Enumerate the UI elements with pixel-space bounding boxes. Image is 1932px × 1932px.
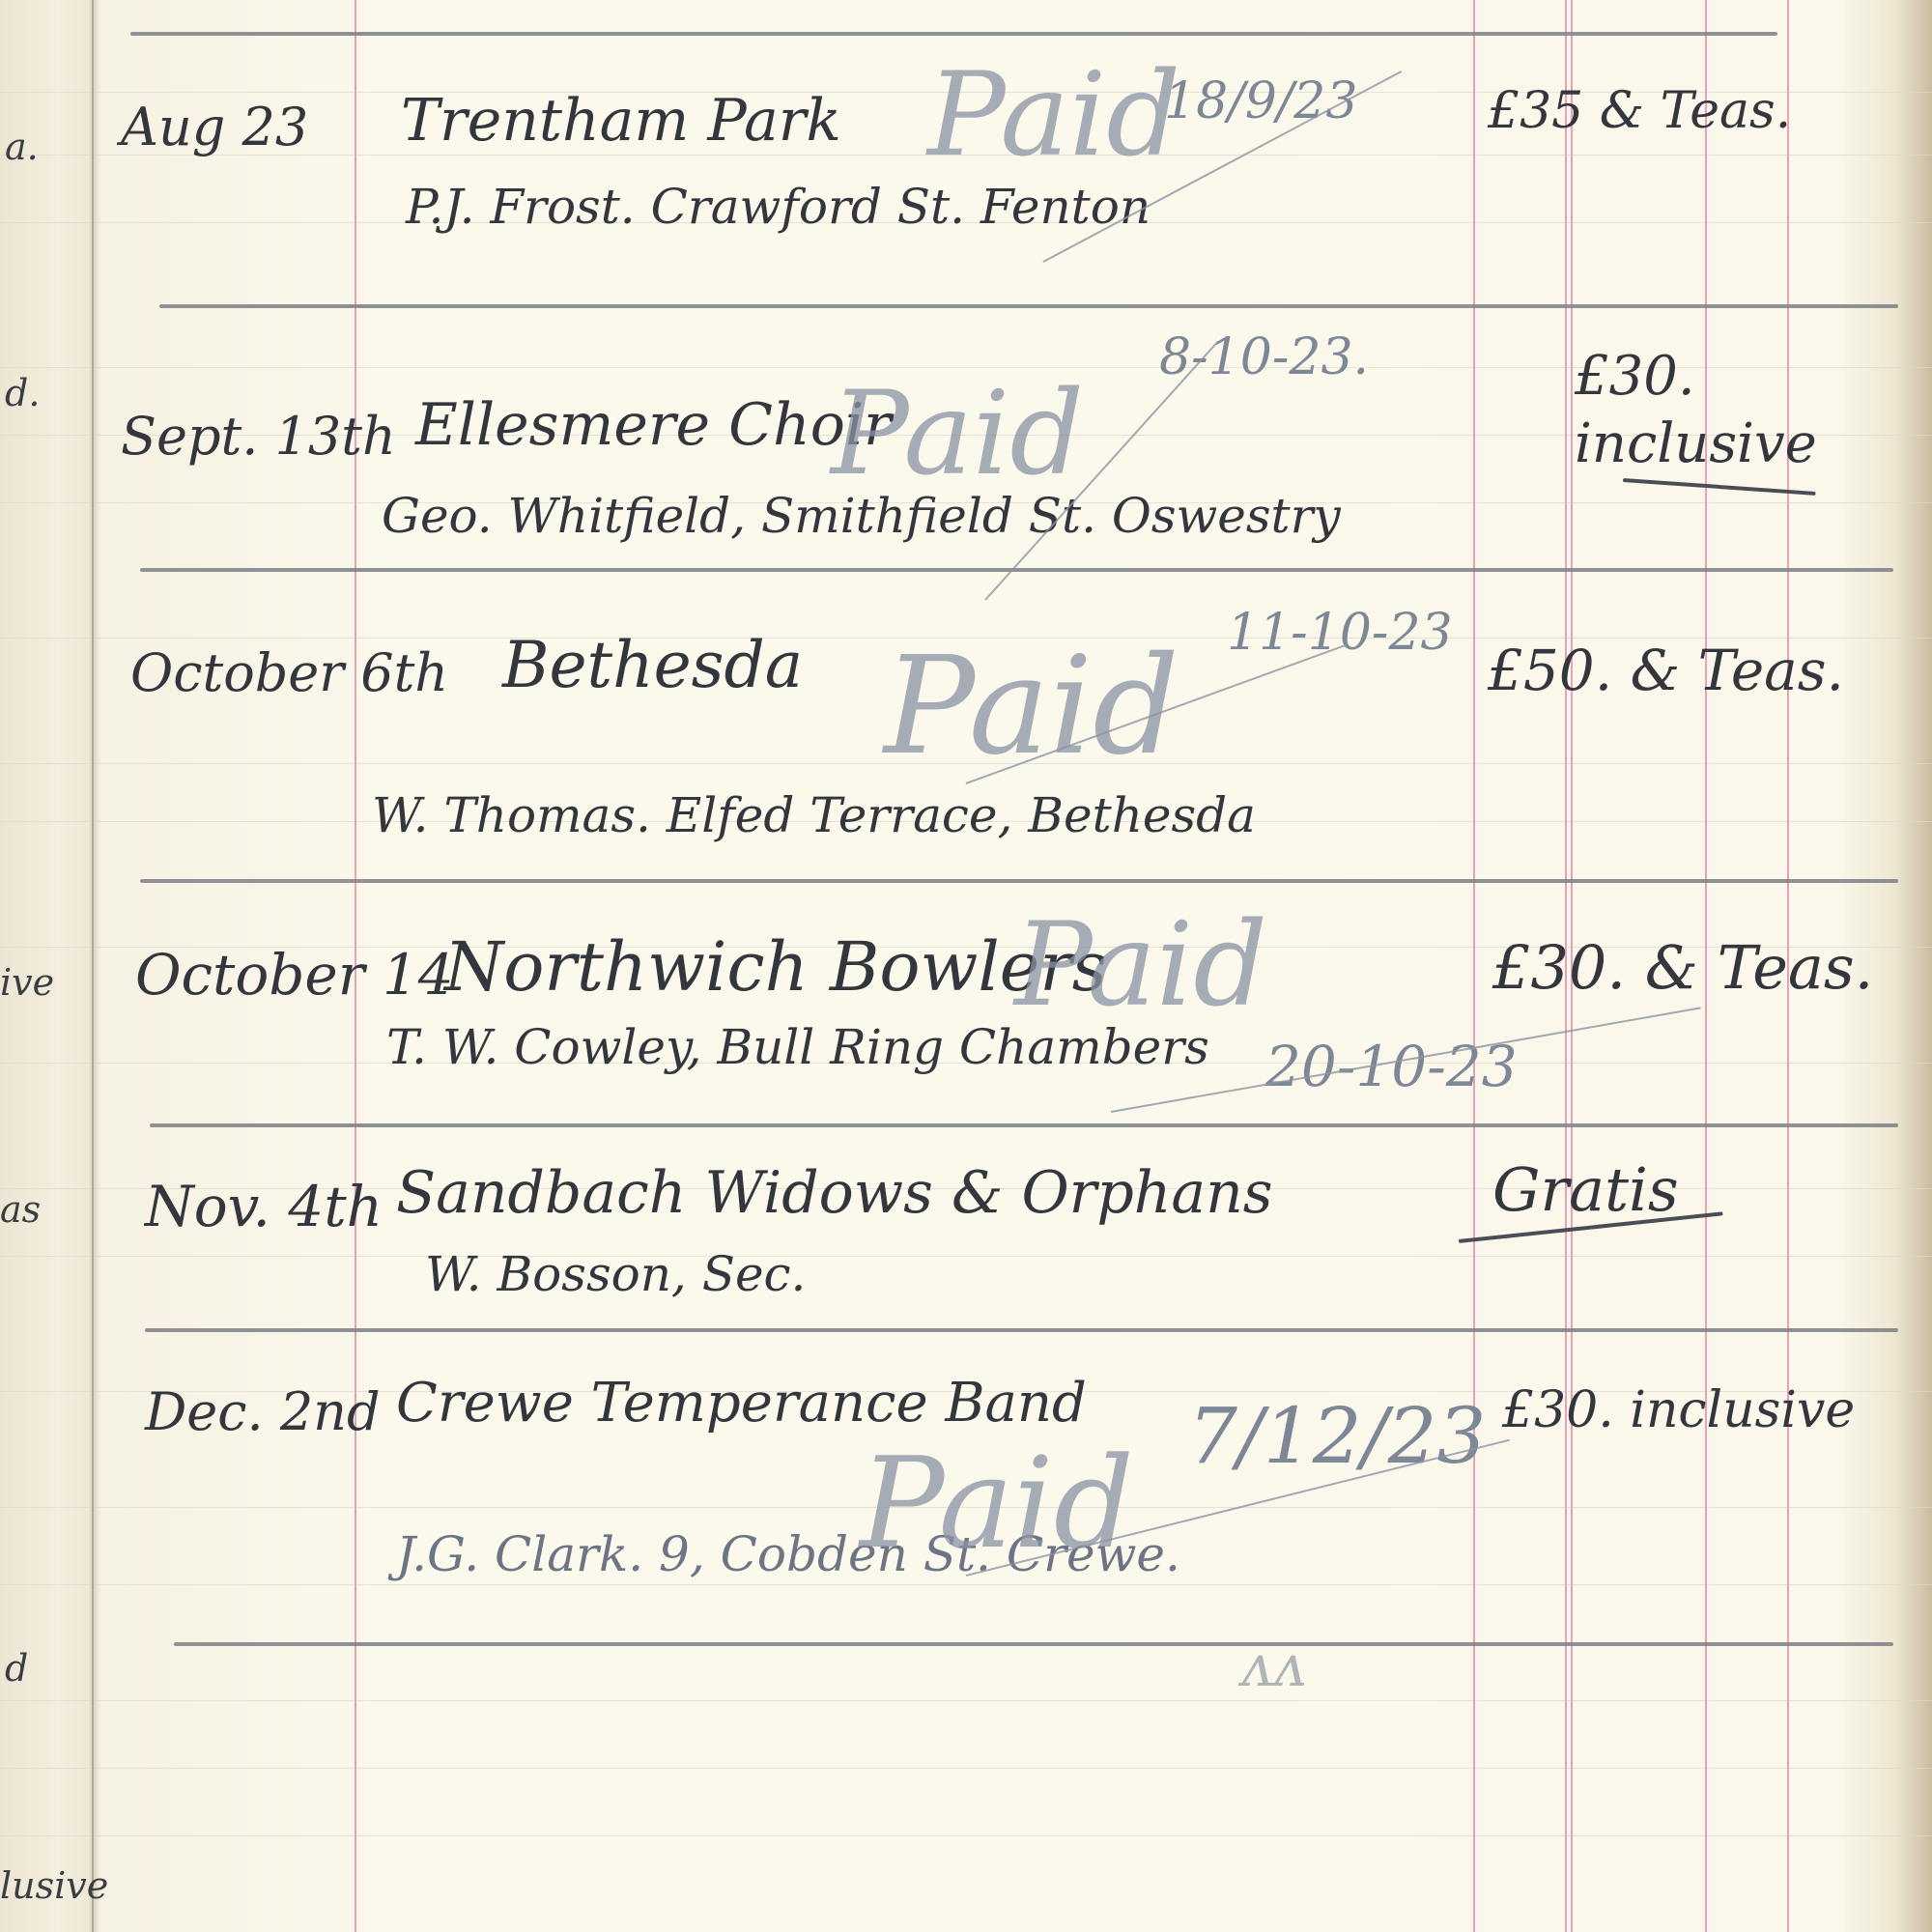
ruled-line: [0, 1256, 1932, 1257]
ruled-line: [0, 1768, 1932, 1769]
entry-date: Sept. 13th: [121, 406, 396, 467]
ruled-line: [0, 1835, 1932, 1836]
entry-fee: £50. & Teas.: [1488, 638, 1844, 703]
paid-stamp: Paid: [1014, 898, 1267, 1033]
entry-engagement: Sandbach Widows & Orphans: [396, 1159, 1273, 1227]
row-divider: [140, 879, 1898, 883]
ledger-page: a. d. ive as d lusive Aug 23 Trentham Pa…: [0, 0, 1932, 1932]
paid-date: 18/9/23: [1164, 72, 1357, 130]
entry-engagement: Northwich Bowlers: [444, 927, 1107, 1007]
paid-stamp: Paid: [927, 48, 1180, 183]
margin-fragment: a.: [5, 126, 39, 168]
row-divider: [145, 1328, 1898, 1332]
paid-date: 11-10-23: [1227, 604, 1453, 662]
entry-date: October 6th: [130, 642, 448, 703]
row-divider: [150, 1123, 1898, 1127]
ruled-line: [0, 1584, 1932, 1585]
margin-fragment: d: [5, 1647, 28, 1690]
margin-fragment: d.: [5, 372, 40, 414]
paid-date: 8-10-23.: [1159, 328, 1369, 386]
entry-engagement: Trentham Park: [401, 87, 841, 155]
entry-date: Dec. 2nd: [145, 1381, 381, 1442]
entry-date: October 14: [135, 942, 454, 1008]
entry-contact: W. Thomas. Elfed Terrace, Bethesda: [372, 787, 1256, 843]
margin-fragment: ive: [0, 961, 54, 1004]
row-divider: [130, 32, 1777, 36]
paid-stamp: Paid: [884, 628, 1179, 785]
entry-fee: £30. inclusive: [1502, 1381, 1855, 1439]
entry-fee: £30. inclusive: [1575, 343, 1893, 478]
margin-fragment: lusive: [0, 1864, 108, 1907]
row-divider: [159, 304, 1898, 308]
margin-fragment: as: [0, 1188, 41, 1231]
entry-date: Nov. 4th: [145, 1174, 383, 1239]
entry-engagement: Crewe Temperance Band: [396, 1372, 1087, 1435]
stray-pencil-mark: ᴧᴧ: [1241, 1633, 1307, 1700]
ruled-line: [0, 1700, 1932, 1701]
book-gutter: [92, 0, 94, 1932]
entry-engagement: Bethesda: [502, 628, 803, 702]
paid-stamp: Paid: [831, 367, 1084, 501]
row-divider: [174, 1642, 1893, 1646]
entry-contact: P.J. Frost. Crawford St. Fenton: [406, 179, 1151, 235]
entry-date: Aug 23: [121, 97, 308, 157]
entry-fee: £35 & Teas.: [1488, 82, 1791, 140]
entry-contact: W. Bosson, Sec.: [425, 1246, 806, 1302]
paid-date: 20-10-23: [1265, 1034, 1518, 1099]
entry-fee: £30. & Teas.: [1492, 932, 1873, 1003]
entry-fee: Gratis: [1492, 1154, 1679, 1225]
row-divider: [140, 568, 1893, 572]
paid-stamp: Paid: [860, 1430, 1134, 1577]
paid-date: 7/12/23: [1188, 1391, 1486, 1481]
entry-engagement: Ellesmere Choir: [415, 391, 892, 459]
